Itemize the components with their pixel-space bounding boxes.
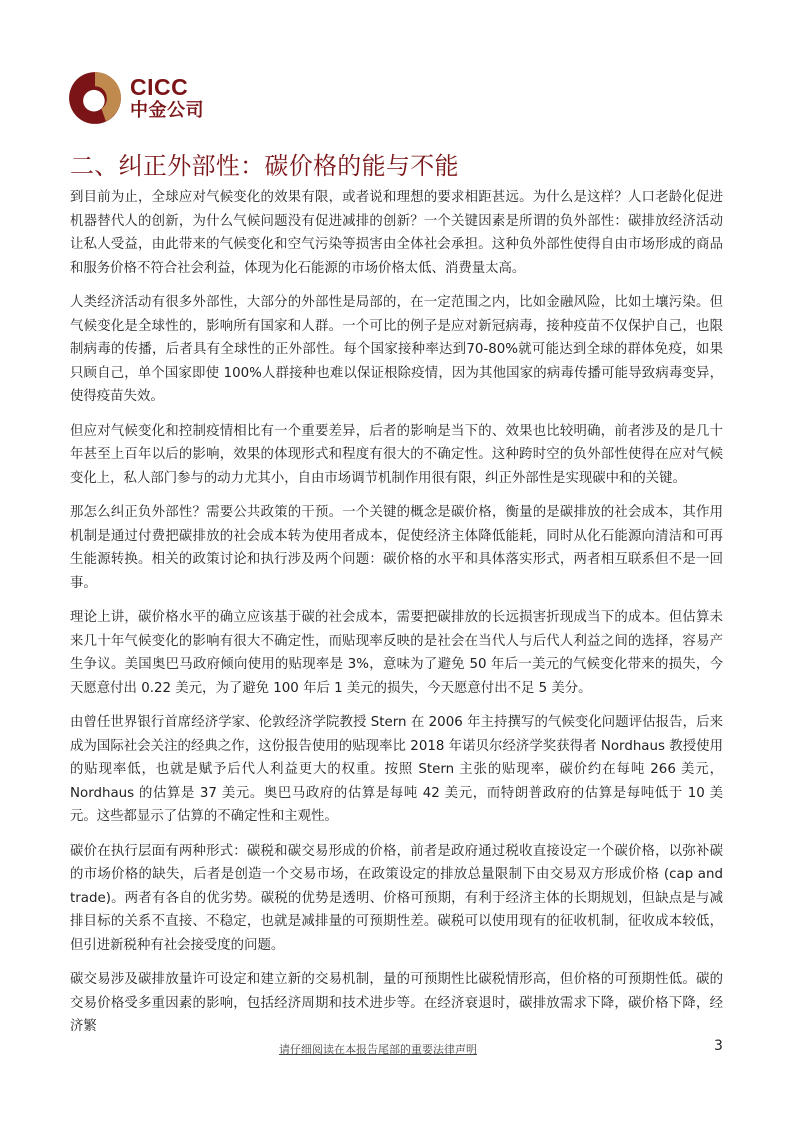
body-content: 到目前为止，全球应对气候变化的效果有限，或者说和理想的要求相距甚远。为什么是这样… (70, 186, 723, 1050)
page-number: 3 (714, 1038, 723, 1054)
cicc-logo: CICC 中金公司 (68, 70, 204, 126)
logo-name-en: CICC (130, 76, 204, 99)
paragraph: 人类经济活动有很多外部性，大部分的外部性是局部的，在一定范围之内，比如金融风险，… (70, 291, 723, 409)
logo-name-cn: 中金公司 (130, 102, 204, 120)
paragraph: 那怎么纠正负外部性？需要公共政策的干预。一个关键的概念是碳价格，衡量的是碳排放的… (70, 501, 723, 595)
paragraph: 到目前为止，全球应对气候变化的效果有限，或者说和理想的要求相距甚远。为什么是这样… (70, 186, 723, 280)
paragraph: 由曾任世界银行首席经济学家、伦敦经济学院教授 Stern 在 2006 年主持撰… (70, 711, 723, 829)
paragraph: 碳价在执行层面有两种形式：碳税和碳交易形成的价格，前者是政府通过税收直接设定一个… (70, 840, 723, 958)
cicc-logo-icon (68, 71, 122, 125)
paragraph: 但应对气候变化和控制疫情相比有一个重要差异，后者的影响是当下的、效果也比较明确，… (70, 420, 723, 491)
paragraph: 碳交易涉及碳排放量许可设定和建立新的交易机制，量的可预期性比碳税情形高，但价格的… (70, 968, 723, 1039)
section-title: 二、纠正外部性：碳价格的能与不能 (70, 146, 459, 181)
legal-disclaimer-link[interactable]: 请仔细阅读在本报告尾部的重要法律声明 (279, 1041, 477, 1057)
paragraph: 理论上讲，碳价格水平的确立应该基于碳的社会成本，需要把碳排放的长远损害折现成当下… (70, 606, 723, 700)
